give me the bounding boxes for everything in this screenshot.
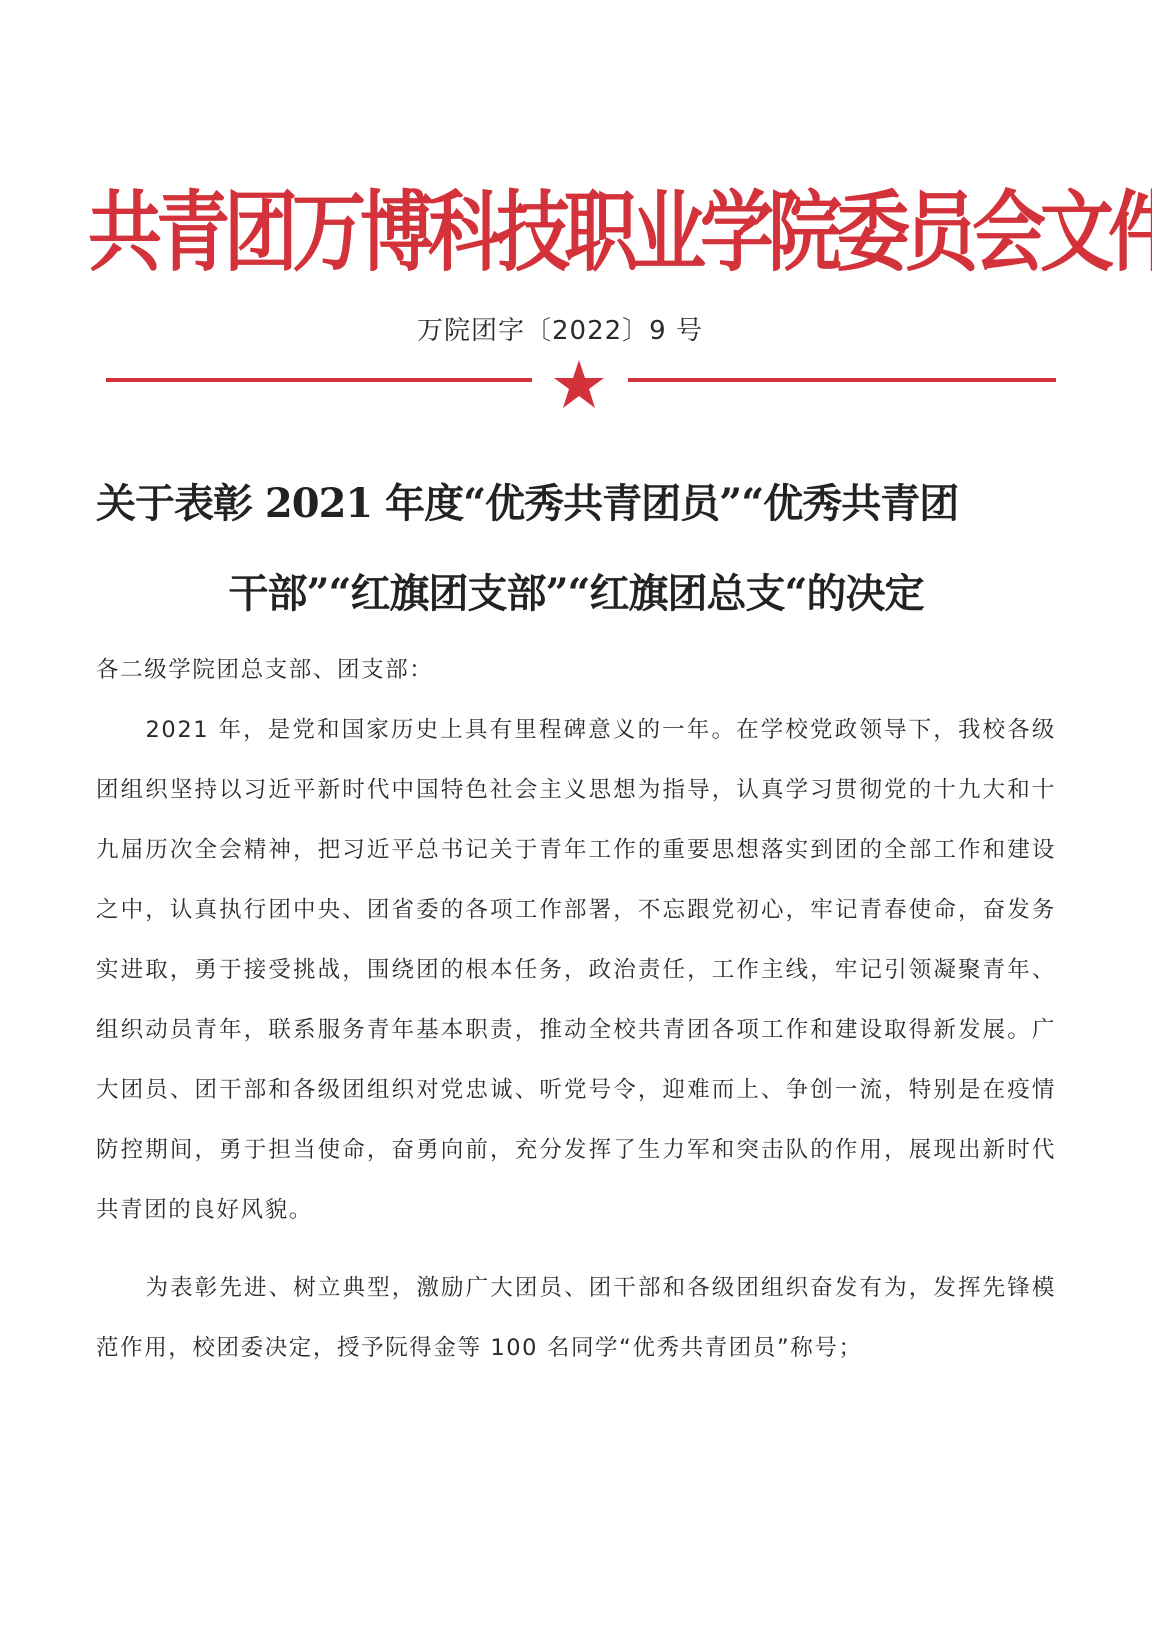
issuer-title: 共青团万博科技职业学院委员会文件	[88, 180, 1068, 286]
divider-line-right	[628, 378, 1056, 382]
document-body: 各二级学院团总支部、团支部： 2021 年，是党和国家历史上具有里程碑意义的一年…	[96, 640, 1056, 1378]
red-star-icon	[554, 360, 604, 408]
document-number: 万院团字〔2022〕9 号	[0, 310, 1120, 347]
document-title-line-2: 干部”“红旗团支部”“红旗团总支“的决定	[96, 562, 1056, 619]
body-paragraph: 2021 年，是党和国家历史上具有里程碑意义的一年。在学校党政领导下，我校各级团…	[96, 700, 1056, 1240]
divider-line-left	[106, 378, 532, 382]
body-paragraph: 为表彰先进、树立典型，激励广大团员、团干部和各级团组织奋发有为，发挥先锋模范作用…	[96, 1258, 1056, 1378]
document-title-line-1: 关于表彰 2021 年度“优秀共青团员”“优秀共青团	[96, 472, 1056, 529]
salutation: 各二级学院团总支部、团支部：	[96, 640, 1056, 700]
